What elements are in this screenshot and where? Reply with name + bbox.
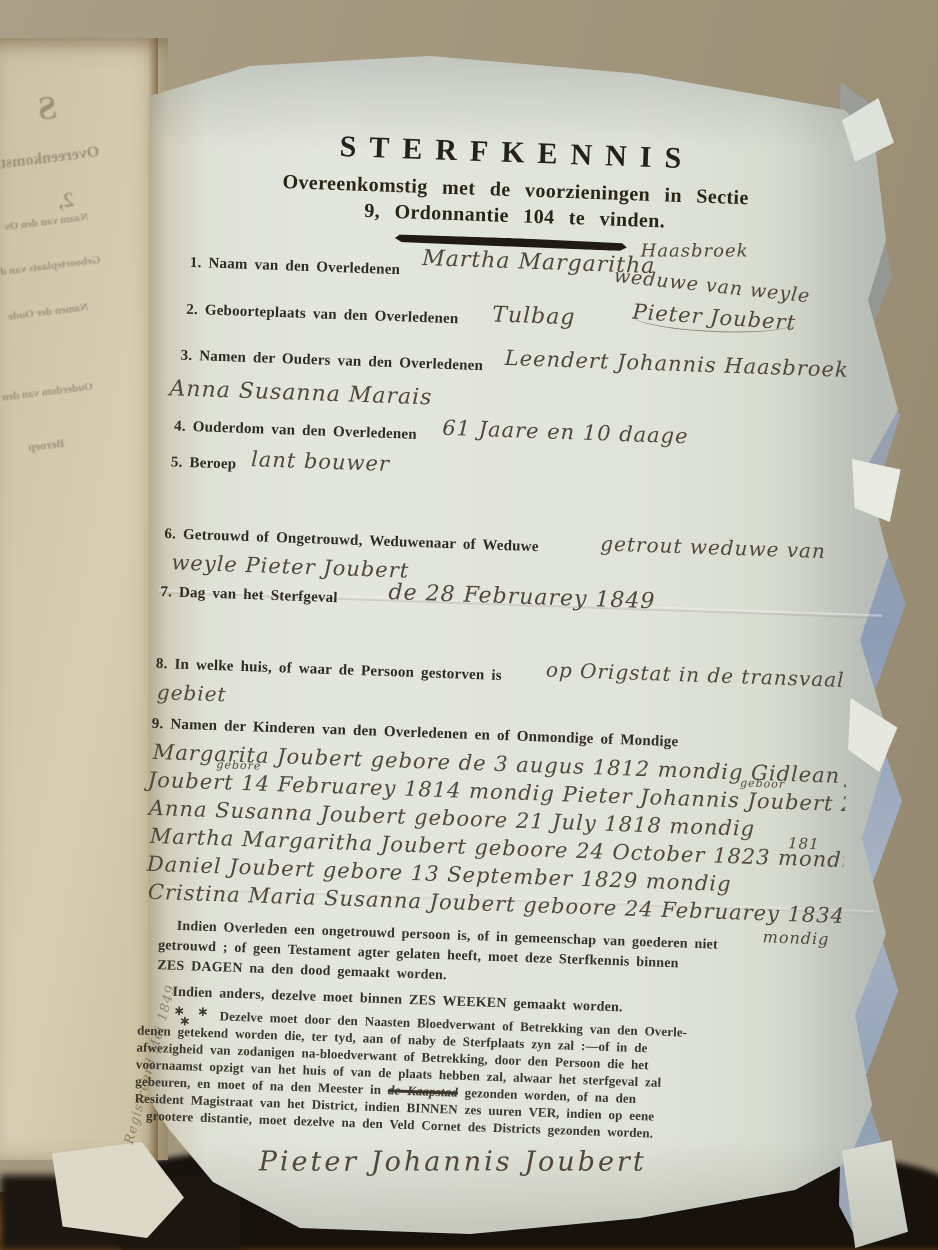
struck-out-word: de Kaapstad [388, 1082, 458, 1099]
handwritten-entry: 61 Jaare en 10 daage [442, 416, 689, 449]
form-content: STERFKENNIS Overeenkomstig met de voorzi… [128, 88, 869, 1246]
handwritten-entry: op Origstat in de transvaal [546, 658, 845, 692]
handwritten-entry: lant bouwer [251, 447, 391, 476]
handwritten-entry: getrout weduwe van [600, 531, 826, 563]
children-entry-fragment: mondig [762, 927, 829, 948]
handwritten-entry: de 28 Februarey 1849 [388, 580, 656, 614]
bleedthrough-text: 2, [57, 187, 76, 214]
form-item-label: 8. In welke huis, of waar de Persoon ges… [156, 656, 502, 685]
handwritten-entry: Tulbag [492, 302, 576, 330]
bleedthrough-text: Namen der Oude [8, 301, 89, 323]
bleedthrough-text: Overeenkomstig [0, 143, 100, 174]
handwritten-entry: Leendert Johannis Haasbroek [504, 346, 849, 382]
form-item-label: 3. Namen der Ouders van den Overledenen [180, 348, 483, 376]
handwritten-entry: weyle Pieter Joubert [171, 550, 410, 582]
photograph-of-death-notice: S Overeenkomstig 2, Naam van den Ov Gebo… [0, 0, 938, 1250]
form-item-label: 2. Geboorteplaats van den Overledenen [186, 302, 459, 328]
bleedthrough-text: S [36, 89, 59, 129]
bleedthrough-text: Geboorteplaats van d [0, 254, 101, 278]
handwritten-entry: Anna Susanna Marais [169, 376, 433, 410]
handwritten-entry: Haasbroek [641, 240, 749, 261]
bleedthrough-text: Naam van den Ov [4, 211, 89, 233]
bleedthrough-text: Beroep [27, 436, 65, 455]
bleedthrough-text: Ouderdom van den [2, 380, 94, 403]
form-item-label: 7. Dag van het Sterfgeval [160, 584, 338, 607]
form-item-label: 4. Ouderdom van den Overledenen [174, 418, 417, 443]
form-item-label: 5. Beroep [171, 454, 237, 473]
handwritten-entry: Pieter Joubert [632, 300, 797, 338]
signature: Pieter Johannis Joubert [259, 1147, 647, 1178]
handwritten-entry: gebiet [156, 680, 227, 706]
form-item-label: 1. Naam van den Overledenen [190, 255, 401, 279]
